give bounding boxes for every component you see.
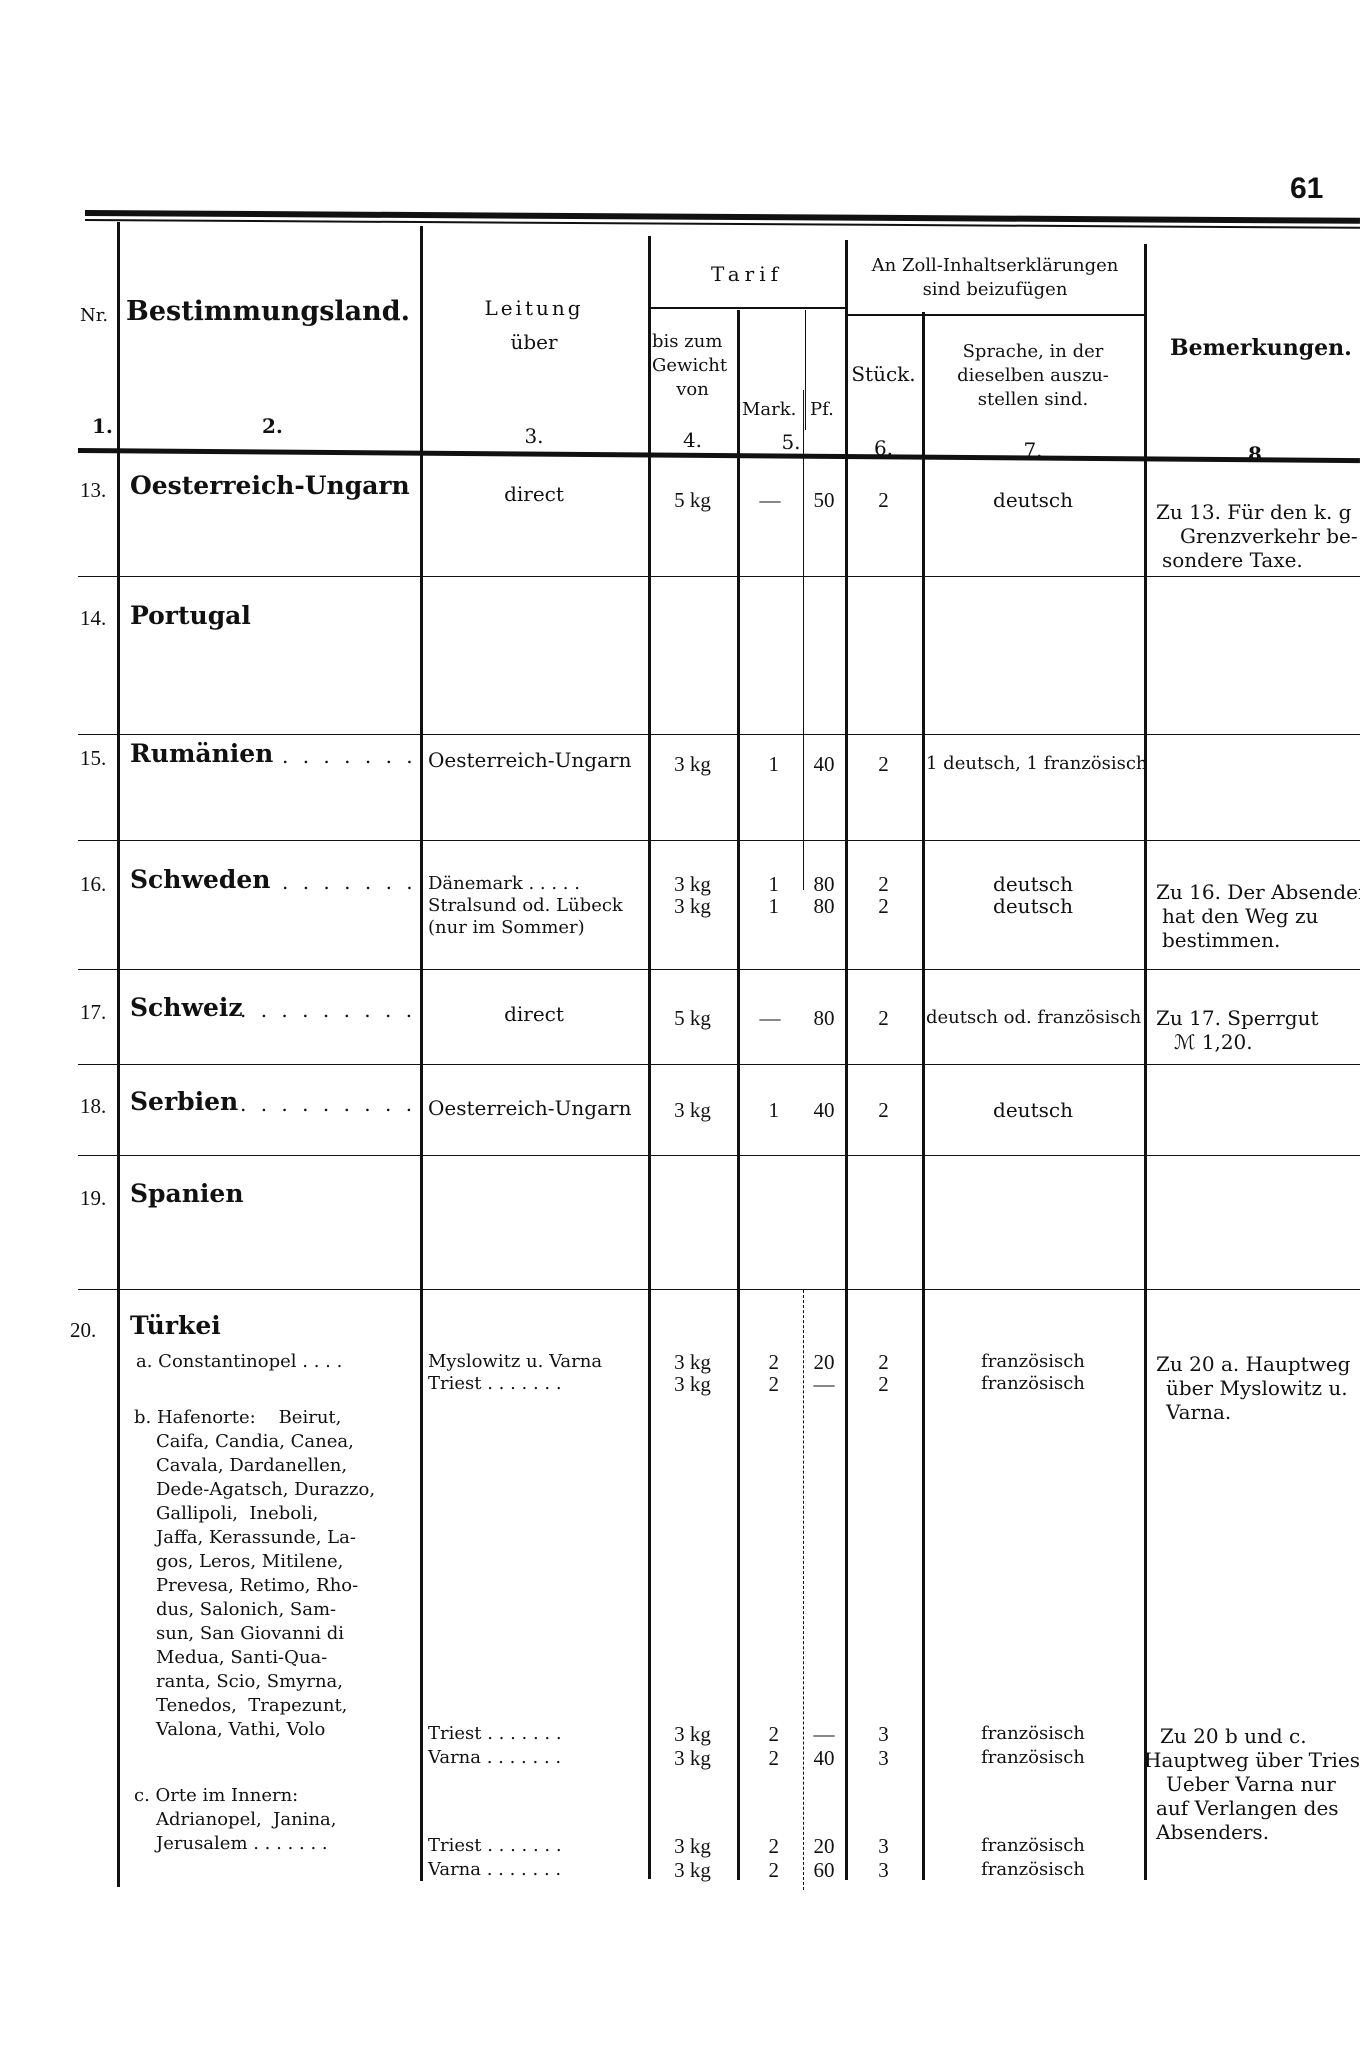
page-number: 61 [1290, 172, 1323, 206]
col-divider-7 [1144, 244, 1147, 1880]
header-col6-num: 6. [845, 436, 922, 460]
route: Oesterreich-Ungarn [428, 748, 631, 772]
header-ueber: über [420, 330, 648, 354]
pf-value: 60 [803, 1858, 845, 1882]
col-divider-6 [922, 312, 925, 1880]
route: Myslowitz u. Varna [428, 1350, 602, 1373]
col-divider-header-mark [805, 310, 806, 430]
subregion-b-line: Gallipoli, Ineboli, [156, 1502, 318, 1525]
subregion-b-line: Jaffa, Kerassunde, La- [156, 1526, 356, 1549]
weight: 3 kg [648, 872, 737, 896]
pf-value: 20 [803, 1350, 845, 1374]
remark-line: Zu 20 a. Hauptweg [1156, 1352, 1350, 1376]
weight: 3 kg [648, 752, 737, 776]
col-divider-1 [117, 222, 120, 1887]
subregion-c-line: Adrianopel, Janina, [156, 1808, 336, 1831]
route: Triest . . . . . . . [428, 1834, 562, 1857]
header-tarif: Tarif [648, 262, 846, 286]
pf-value: 20 [803, 1834, 845, 1858]
route: Dänemark . . . . . [428, 872, 580, 895]
sprache-value: 1 deutsch, 1 französisch [926, 752, 1148, 776]
row-separator [78, 1064, 1360, 1065]
weight: 3 kg [648, 1834, 737, 1858]
subregion-b-line: gos, Leros, Mitilene, [156, 1550, 343, 1573]
country-name: Spanien [130, 1182, 244, 1206]
mark-value: 2 [737, 1722, 779, 1746]
row-separator [78, 840, 1360, 841]
country-name: Türkei [130, 1314, 221, 1338]
mark-value: 1 [737, 872, 779, 896]
header-bemerkungen: Bemerkungen. [1170, 336, 1352, 360]
mark-value: 1 [737, 894, 779, 918]
row-nr: 13. [80, 478, 106, 502]
route: Triest . . . . . . . [428, 1722, 562, 1745]
country-name: Schweden [130, 868, 270, 892]
country-name: Schweiz [130, 996, 243, 1020]
stueck-value: 3 [845, 1722, 922, 1746]
pf-value: — [803, 1722, 845, 1746]
remark-line: bestimmen. [1162, 928, 1280, 952]
remark-line: Zu 17. Sperrgut [1156, 1006, 1318, 1030]
row-separator [78, 576, 1360, 577]
remark-line: sondere Taxe. [1162, 548, 1303, 572]
weight: 5 kg [648, 488, 737, 512]
sprache-value: deutsch [922, 488, 1144, 512]
leader-dots: . . . . . . . [282, 870, 417, 894]
weight: 3 kg [648, 1372, 737, 1396]
sprache-value: deutsch [922, 872, 1144, 896]
header-sprache-line1: Sprache, in der [922, 340, 1144, 363]
route: (nur im Sommer) [428, 916, 585, 939]
pf-value: 40 [803, 1098, 845, 1122]
stueck-value: 3 [845, 1746, 922, 1770]
sprache-value: französisch [922, 1350, 1144, 1373]
remark-line: Varna. [1166, 1400, 1231, 1424]
row-nr: 15. [80, 746, 106, 770]
mark-value: — [737, 1006, 803, 1030]
tarif-underline [648, 307, 846, 309]
route: Stralsund od. Lübeck [428, 894, 623, 917]
sprache-value: deutsch od. französisch [926, 1006, 1141, 1030]
mark-value: 2 [737, 1350, 779, 1374]
pf-value: — [803, 1372, 845, 1396]
route: Varna . . . . . . . [428, 1746, 561, 1769]
pf-value: 40 [803, 1746, 845, 1770]
subregion-b-line: Dede-Agatsch, Durazzo, [156, 1478, 375, 1501]
row-separator [78, 1289, 1360, 1290]
weight: 5 kg [648, 1006, 737, 1030]
remark-line: Grenzverkehr be- [1180, 524, 1358, 548]
mark-value: 2 [737, 1746, 779, 1770]
header-col8-num: 8. [1248, 442, 1269, 466]
remark-line: Zu 20 b und c. [1160, 1724, 1307, 1748]
remark-line: hat den Weg zu [1162, 904, 1318, 928]
col-divider-5 [845, 240, 848, 1880]
header-col5-num: 5. [737, 430, 845, 454]
row-nr: 16. [80, 872, 106, 896]
weight: 3 kg [648, 1858, 737, 1882]
subregion-b-line: Prevesa, Retimo, Rho- [156, 1574, 358, 1597]
pf-value: 50 [803, 488, 845, 512]
subregion-b-line: sun, San Giovanni di [156, 1622, 344, 1645]
header-zoll-line1: An Zoll-Inhaltserklärungen [845, 254, 1145, 277]
country-name: Rumänien [130, 742, 273, 766]
row-separator [78, 734, 1360, 735]
col-divider-2 [420, 226, 423, 1881]
sprache-value: deutsch [922, 1098, 1144, 1122]
subregion-c-line: c. Orte im Innern: [134, 1784, 298, 1807]
weight: 3 kg [648, 894, 737, 918]
stueck-value: 2 [845, 1006, 922, 1030]
header-col3-num: 3. [420, 424, 648, 448]
subregion-b-line: dus, Salonich, Sam- [156, 1598, 336, 1621]
route: direct [420, 1002, 648, 1026]
col-divider-mark-pf [803, 390, 804, 890]
row-nr: 14. [80, 606, 106, 630]
header-col1-num: 1. [92, 414, 113, 438]
remark-line: Ueber Varna nur [1166, 1772, 1336, 1796]
route: Varna . . . . . . . [428, 1858, 561, 1881]
row-nr: 18. [80, 1094, 106, 1118]
route: Oesterreich-Ungarn [428, 1096, 631, 1120]
header-bestimmungsland: Bestimmungsland. [126, 300, 410, 324]
weight: 3 kg [648, 1722, 737, 1746]
pf-value: 80 [803, 894, 845, 918]
header-gewicht: Gewicht [652, 354, 727, 377]
country-name: Portugal [130, 604, 251, 628]
subregion-b-line: Cavala, Dardanellen, [156, 1454, 347, 1477]
header-stueck: Stück. [845, 362, 922, 386]
subregion-b-line: ranta, Scio, Smyrna, [156, 1670, 343, 1693]
header-mark: Mark. [742, 398, 796, 421]
header-sprache-line3: stellen sind. [922, 388, 1144, 411]
leader-dots: . . . . . . . . . [240, 1092, 416, 1116]
remark-line: Zu 13. Für den k. g [1156, 500, 1352, 524]
subregion-b-line: b. Hafenorte: Beirut, [134, 1406, 341, 1429]
header-zoll-line2: sind beizufügen [845, 278, 1145, 301]
weight: 3 kg [648, 1350, 737, 1374]
route: direct [420, 482, 648, 506]
mark-value: 1 [737, 752, 779, 776]
stueck-value: 3 [845, 1834, 922, 1858]
row-nr: 20. [70, 1318, 96, 1342]
row-separator [78, 969, 1360, 970]
stueck-value: 2 [845, 752, 922, 776]
subregion-b-line: Medua, Santi-Qua- [156, 1646, 327, 1669]
mark-value: 1 [737, 1098, 779, 1122]
stueck-value: 2 [845, 872, 922, 896]
weight: 3 kg [648, 1098, 737, 1122]
row-separator [78, 1155, 1360, 1156]
sprache-value: deutsch [922, 894, 1144, 918]
country-name: Serbien [130, 1090, 238, 1114]
mark-value: — [737, 488, 803, 512]
header-pf: Pf. [810, 398, 834, 421]
pf-value: 80 [803, 872, 845, 896]
zoll-underline [845, 314, 1145, 316]
pf-value: 80 [803, 1006, 845, 1030]
mark-value: 2 [737, 1858, 779, 1882]
header-von: von [648, 378, 737, 401]
subregion-b-line: Caifa, Candia, Canea, [156, 1430, 354, 1453]
stueck-value: 2 [845, 894, 922, 918]
row-nr: 17. [80, 1000, 106, 1024]
stueck-value: 2 [845, 488, 922, 512]
stueck-value: 2 [845, 1098, 922, 1122]
header-col7-num: 7. [922, 438, 1144, 462]
mark-value: 2 [737, 1834, 779, 1858]
subregion-b-line: Valona, Vathi, Volo [156, 1718, 325, 1741]
col-divider-4 [737, 310, 740, 1880]
route: Triest . . . . . . . [428, 1372, 562, 1395]
leader-dots: . . . . . . . [282, 744, 417, 768]
remark-line: ℳ 1,20. [1174, 1030, 1253, 1054]
sprache-value: französisch [922, 1746, 1144, 1769]
header-sprache-line2: dieselben auszu- [922, 364, 1144, 387]
header-leitung: Leitung [420, 296, 648, 320]
remark-line: Hauptweg über Triest. [1144, 1748, 1360, 1772]
remark-line: auf Verlangen des [1156, 1796, 1339, 1820]
row-nr: 19. [80, 1186, 106, 1210]
col-divider-3 [648, 236, 651, 1879]
remark-line: Absenders. [1156, 1820, 1269, 1844]
subregion-a-label: a. Constantinopel . . . . [136, 1350, 342, 1373]
leader-dots: . . . . . . . . . [240, 998, 416, 1022]
subregion-b-line: Tenedos, Trapezunt, [156, 1694, 347, 1717]
header-bis-zum: bis zum [652, 330, 722, 353]
sprache-value: französisch [922, 1834, 1144, 1857]
sprache-value: französisch [922, 1722, 1144, 1745]
stueck-value: 2 [845, 1372, 922, 1396]
remark-line: über Myslowitz u. [1166, 1376, 1348, 1400]
mark-value: 2 [737, 1372, 779, 1396]
sprache-value: französisch [922, 1858, 1144, 1881]
pf-value: 40 [803, 752, 845, 776]
subregion-c-line: Jerusalem . . . . . . . [156, 1832, 328, 1855]
weight: 3 kg [648, 1746, 737, 1770]
country-name: Oesterreich-Ungarn [130, 474, 410, 498]
header-nr: Nr. [80, 304, 108, 327]
stueck-value: 3 [845, 1858, 922, 1882]
stueck-value: 2 [845, 1350, 922, 1374]
remark-line: Zu 16. Der Absender [1156, 880, 1360, 904]
sprache-value: französisch [922, 1372, 1144, 1395]
header-col4-num: 4. [648, 428, 737, 452]
header-col2-num: 2. [262, 414, 283, 438]
